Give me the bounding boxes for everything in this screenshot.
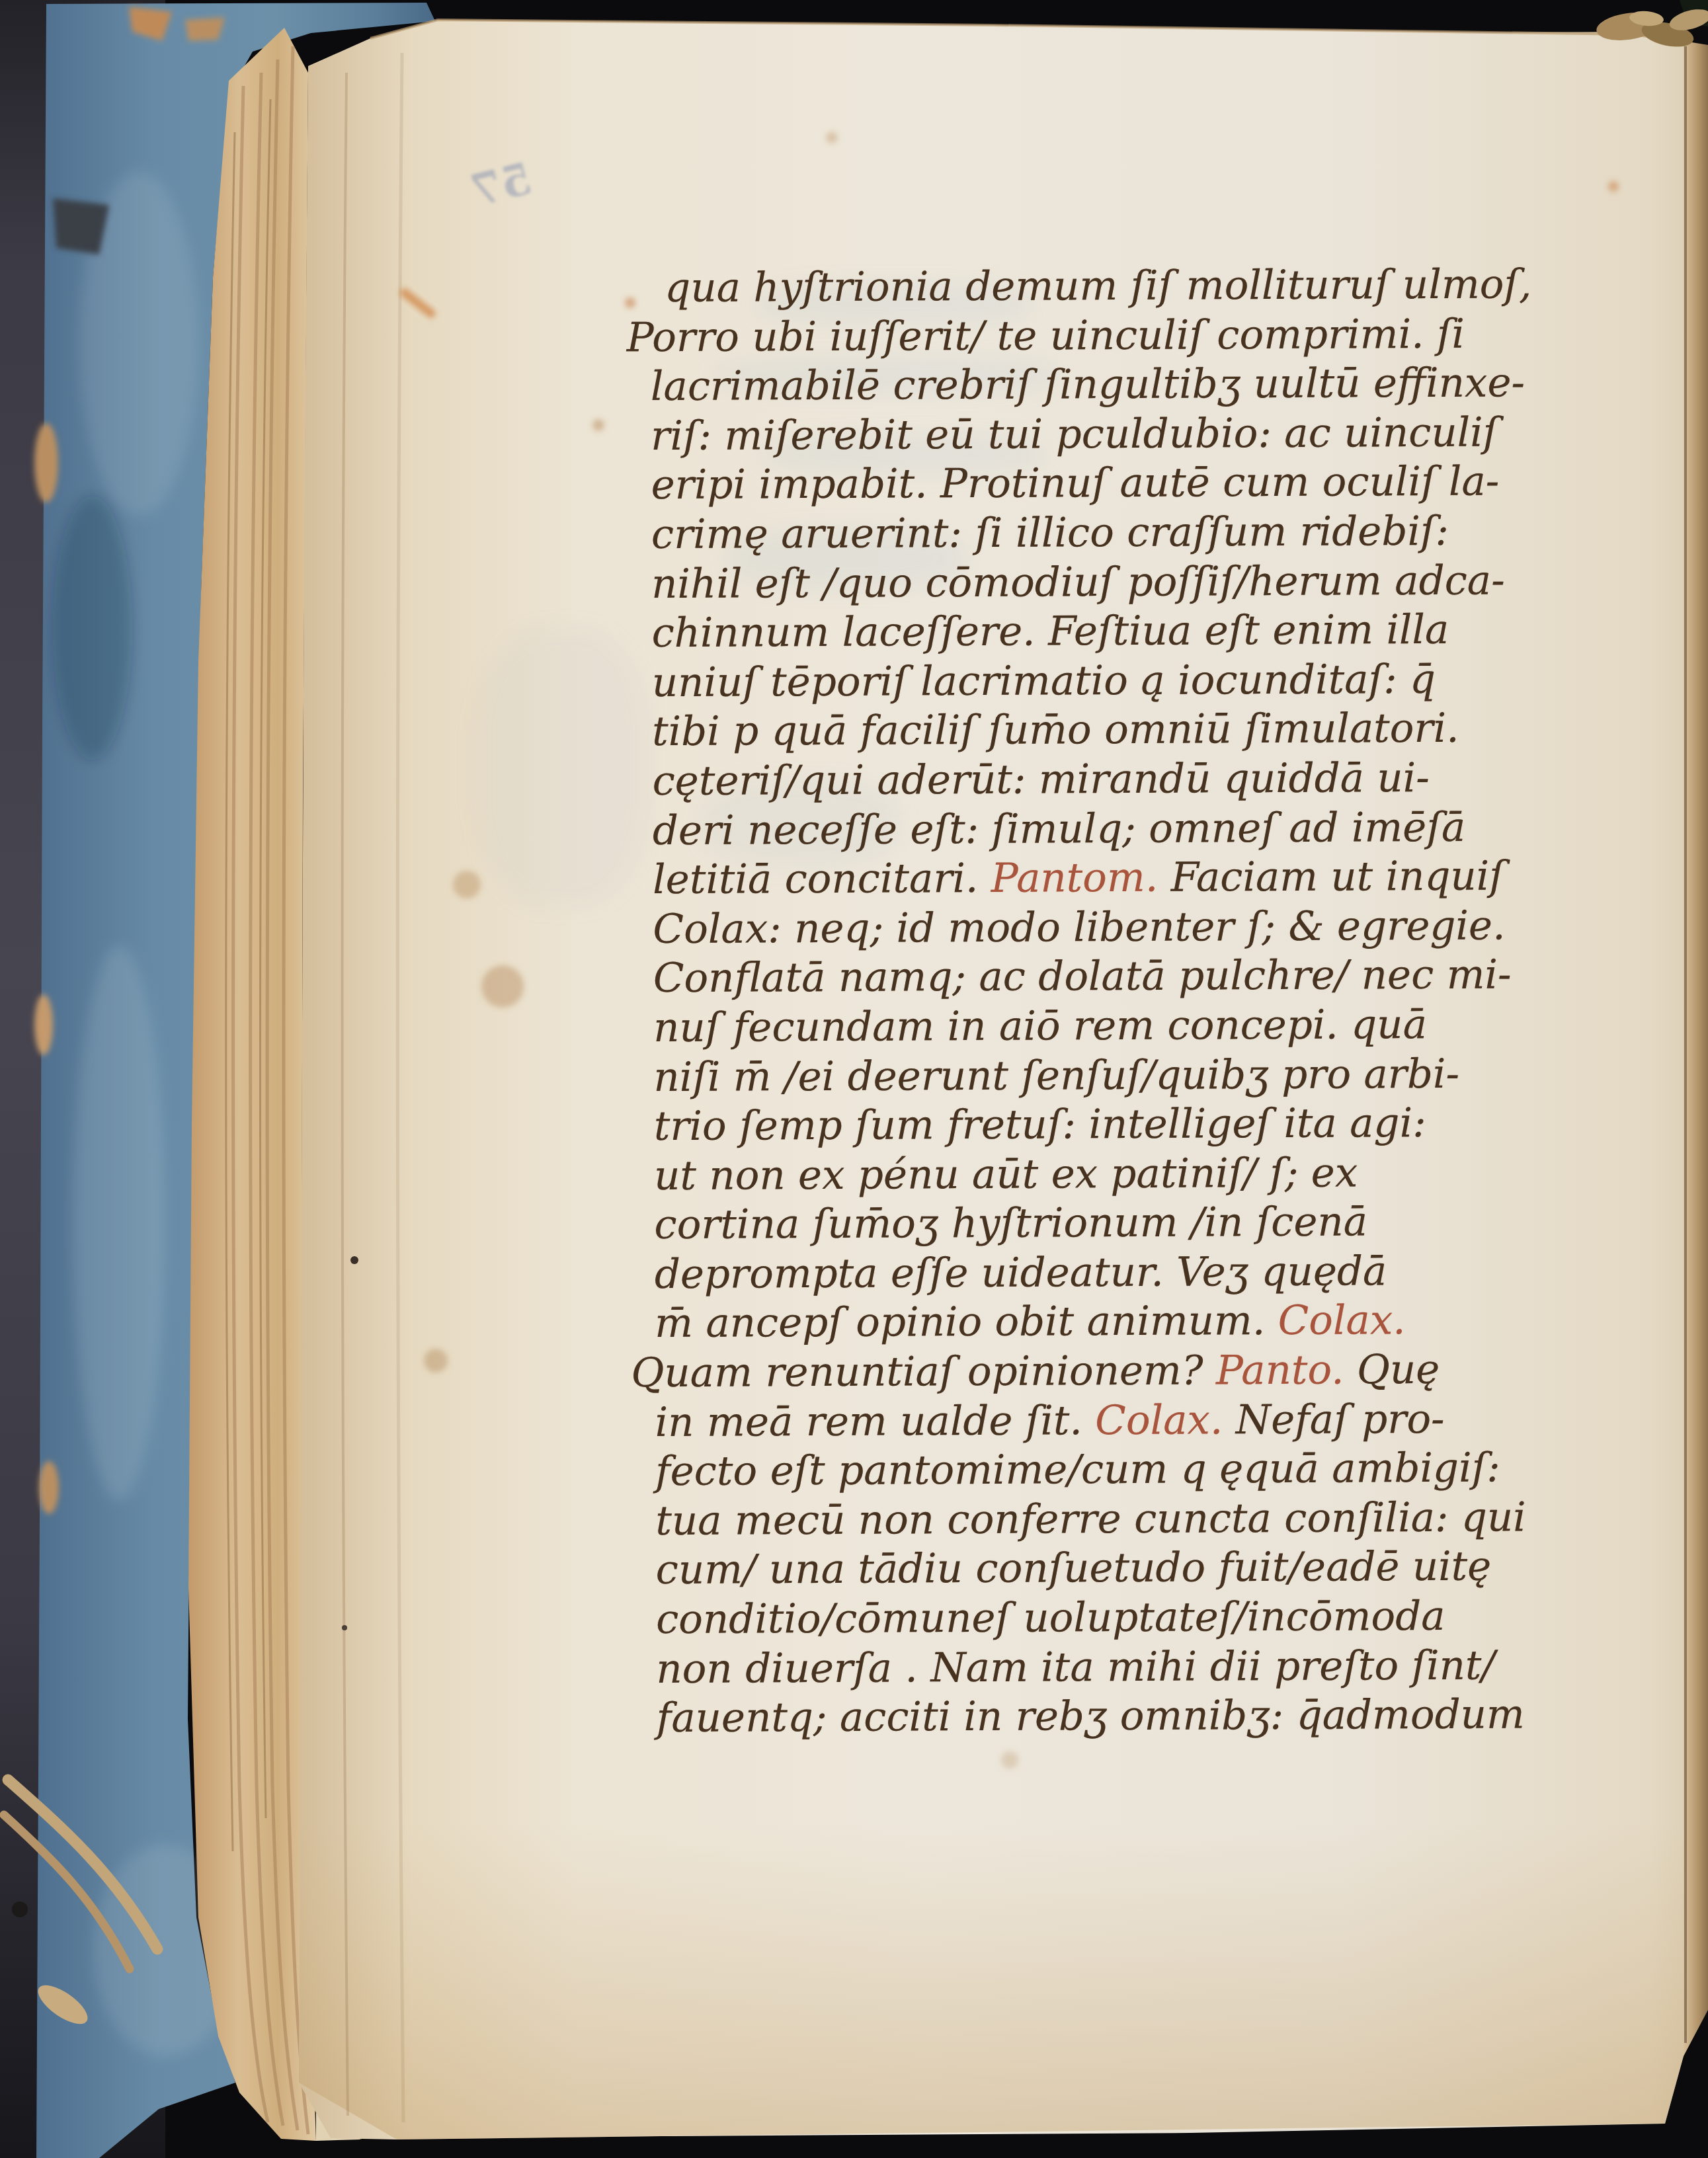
manuscript-line: uniuſ tēporiſ lacrimatio ą iocunditaſ: q… bbox=[628, 654, 1620, 707]
manuscript-line: m̄ ancepſ opinio obit animum. Colax. bbox=[631, 1295, 1623, 1349]
line-text: m̄ ancepſ opinio obit animum. bbox=[655, 1297, 1278, 1347]
cover-chip bbox=[39, 1461, 59, 1514]
line-text: uniuſ tēporiſ lacrimatio ą iocunditaſ: q… bbox=[652, 656, 1436, 706]
manuscript-line: fauentq; acciti in rebʒ omnibʒ: q̄admodu… bbox=[633, 1690, 1625, 1743]
manuscript-line: non diuerſa . Nam ita mihi dii preſto ſi… bbox=[632, 1640, 1624, 1694]
line-text: Colax: neq; id modo libenter ſ; & egregi… bbox=[653, 902, 1505, 953]
manuscript-line: nuſ fecundam in aiō rem concepi. quā bbox=[630, 1000, 1621, 1053]
manuscript-line: trio ſemp ſum fretuſ: intelligeſ ita agi… bbox=[630, 1098, 1622, 1152]
rubric-speaker-label: Pantom. bbox=[991, 854, 1159, 902]
strap-hole bbox=[12, 1901, 28, 1917]
cover-chip bbox=[34, 994, 53, 1055]
cover-wear-light bbox=[73, 945, 165, 1501]
line-text: nihil eſt /quo cōmodiuſ poſſiſ/herum adc… bbox=[651, 557, 1505, 608]
manuscript-text-block: qua hyſtrionia demum ſiſ mollituruſ ulmo… bbox=[626, 260, 1625, 1743]
manuscript-line: fecto eſt pantomime/cum q ęquā ambigiſ: bbox=[631, 1443, 1623, 1497]
manuscript-line: deri neceſſe eſt: ſimulq; omneſ ad imēſā bbox=[629, 802, 1621, 856]
rubric-speaker-label: Colax. bbox=[1095, 1396, 1223, 1444]
line-text: crimę aruerint: ſi illico craſſum ridebi… bbox=[651, 508, 1449, 558]
manuscript-line: deprompta eſſe uideatur. Veʒ quędā bbox=[631, 1246, 1623, 1300]
line-text: nuſ fecundam in aiō rem concepi. quā bbox=[653, 1001, 1427, 1051]
line-text: cum/ una tādiu conſuetudo fuit/eadē uitę bbox=[656, 1543, 1492, 1594]
line-text: chinnum laceſſere. Feſtiua eſt enim illa bbox=[651, 606, 1449, 657]
manuscript-line: in meā rem ualde ſit. Colax. Nefaſ pro- bbox=[631, 1394, 1623, 1447]
manuscript-line: cęteriſ/qui aderūt: mirandū quiddā ui- bbox=[628, 753, 1620, 807]
verso-showthrough bbox=[476, 628, 648, 906]
manuscript-line: riſ: miſerebit eū tui pculdubio: ac uinc… bbox=[627, 408, 1619, 461]
manuscript-line: cortina ſum̄oʒ hyſtrionum /in ſcenā bbox=[630, 1197, 1622, 1250]
line-text: qua hyſtrionia demum ſiſ mollituruſ ulmo… bbox=[665, 260, 1531, 311]
line-text: cęteriſ/qui aderūt: mirandū quiddā ui- bbox=[652, 754, 1430, 805]
manuscript-line: ut non ex pénu aūt ex patiniſ/ ſ; ex bbox=[630, 1147, 1622, 1201]
manuscript-line: qua hyſtrionia demum ſiſ mollituruſ ulmo… bbox=[626, 260, 1618, 313]
manuscript-line: nihil eſt /quo cōmodiuſ poſſiſ/herum adc… bbox=[628, 555, 1619, 609]
line-text: fauentq; acciti in rebʒ omnibʒ: q̄admodu… bbox=[657, 1691, 1525, 1742]
line-text: deri neceſſe eſt: ſimulq; omneſ ad imēſā bbox=[653, 803, 1466, 854]
line-text: conditio/cōmuneſ uoluptateſ/incōmoda bbox=[656, 1593, 1445, 1643]
manuscript-line: eripi impabit. Protinuſ autē cum oculiſ … bbox=[627, 457, 1619, 510]
line-text: Quam renuntiaſ opinionem? bbox=[631, 1347, 1216, 1396]
line-text: Conflatā namq; ac dolatā pulchre/ nec mi… bbox=[653, 951, 1512, 1002]
cover-chip bbox=[34, 423, 58, 502]
line-text: tibi p quā faciliſ ſum̄o omniū ſimulator… bbox=[652, 705, 1459, 755]
manuscript-photo: 57 qua hyſtrionia demum ſiſ mollituruſ u… bbox=[0, 0, 1708, 2158]
line-text: niſi m̄ /ei deerunt ſenſuſ/quibʒ pro arb… bbox=[653, 1050, 1459, 1100]
rubric-speaker-label: Colax. bbox=[1278, 1297, 1405, 1345]
line-text: letitiā concitari. bbox=[653, 855, 991, 903]
line-text: ut non ex pénu aūt ex patiniſ/ ſ; ex bbox=[654, 1149, 1358, 1199]
manuscript-line: niſi m̄ /ei deerunt ſenſuſ/quibʒ pro arb… bbox=[630, 1049, 1621, 1102]
line-text: fecto eſt pantomime/cum q ęquā ambigiſ: bbox=[655, 1445, 1500, 1496]
line-text: Nefaſ pro- bbox=[1223, 1396, 1445, 1443]
line-text: deprompta eſſe uideatur. Veʒ quędā bbox=[655, 1248, 1387, 1298]
manuscript-line: crimę aruerint: ſi illico craſſum ridebi… bbox=[628, 506, 1619, 560]
manuscript-line: Porro ubi iuſſerit/ te uinculiſ comprimi… bbox=[626, 309, 1618, 362]
line-text: riſ: miſerebit eū tui pculdubio: ac uinc… bbox=[651, 409, 1498, 460]
line-text: non diuerſa . Nam ita mihi dii preſto ſi… bbox=[656, 1642, 1495, 1693]
manuscript-line: letitiā concitari. Pantom. Faciam ut inq… bbox=[629, 852, 1621, 905]
manuscript-line: lacrimabilē crebriſ ſingultibʒ uultū eff… bbox=[627, 358, 1619, 412]
manuscript-line: Colax: neq; id modo libenter ſ; & egregi… bbox=[629, 900, 1621, 954]
line-text: Quę bbox=[1344, 1346, 1440, 1394]
manuscript-line: conditio/cōmuneſ uoluptateſ/incōmoda bbox=[632, 1591, 1624, 1645]
cover-wear-dark bbox=[53, 496, 132, 760]
line-text: cortina ſum̄oʒ hyſtrionum /in ſcenā bbox=[654, 1199, 1367, 1249]
cover-damage-dark-patch bbox=[53, 198, 109, 255]
manuscript-line: tibi p quā faciliſ ſum̄o omniū ſimulator… bbox=[628, 703, 1620, 757]
line-text: Faciam ut inquiſ bbox=[1158, 853, 1504, 901]
line-text: Porro ubi iuſſerit/ te uinculiſ comprimi… bbox=[626, 310, 1465, 361]
line-text: eripi impabit. Protinuſ autē cum oculiſ … bbox=[651, 458, 1499, 509]
rubric-speaker-label: Panto. bbox=[1216, 1347, 1344, 1394]
manuscript-line: cum/ una tādiu conſuetudo fuit/eadē uitę bbox=[632, 1542, 1624, 1595]
line-text: tua mecū non conferre cuncta conſilia: q… bbox=[655, 1494, 1526, 1544]
manuscript-line: chinnum laceſſere. Feſtiua eſt enim illa bbox=[628, 605, 1619, 659]
under-page-edge bbox=[1684, 41, 1708, 2056]
line-text: trio ſemp ſum fretuſ: intelligeſ ita agi… bbox=[654, 1099, 1426, 1150]
cover-torn-corner bbox=[185, 17, 225, 41]
manuscript-line: tua mecū non conferre cuncta conſilia: q… bbox=[631, 1493, 1623, 1546]
manuscript-line: Quam renuntiaſ opinionem? Panto. Quę bbox=[631, 1345, 1623, 1398]
line-text: in meā rem ualde ſit. bbox=[655, 1397, 1096, 1446]
manuscript-line: Conflatā namq; ac dolatā pulchre/ nec mi… bbox=[630, 950, 1621, 1004]
line-text: lacrimabilē crebriſ ſingultibʒ uultū eff… bbox=[651, 360, 1525, 411]
